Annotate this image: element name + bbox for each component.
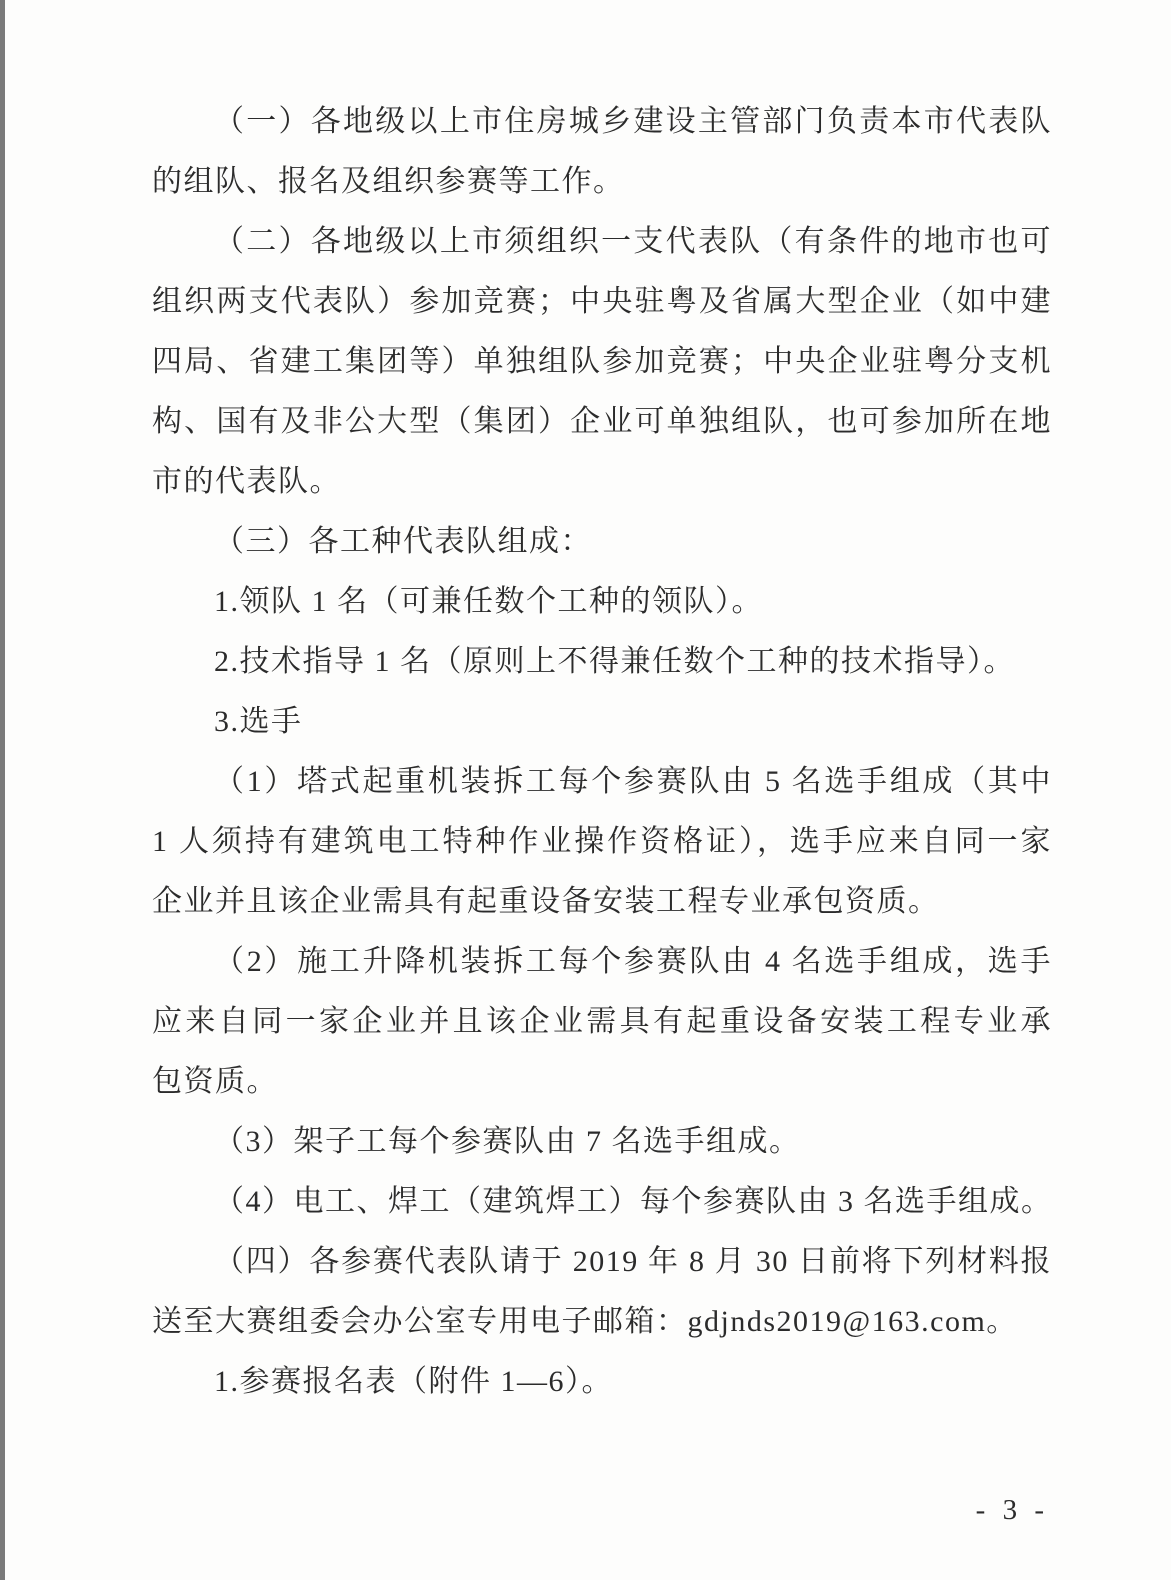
text-line: 四局、省建工集团等）单独组队参加竞赛；中央企业驻粤分支机	[152, 332, 1052, 392]
text-line: （3）架子工每个参赛队由 7 名选手组成。	[152, 1112, 1052, 1172]
text-line: 1.参赛报名表（附件 1—6）。	[152, 1352, 1052, 1412]
text-line: 2.技术指导 1 名（原则上不得兼任数个工种的技术指导）。	[152, 632, 1052, 692]
text-line: （2）施工升降机装拆工每个参赛队由 4 名选手组成，选手	[152, 932, 1052, 992]
text-line: 市的代表队。	[152, 452, 1052, 512]
text-line: （一）各地级以上市住房城乡建设主管部门负责本市代表队	[152, 92, 1052, 152]
document-body: （一）各地级以上市住房城乡建设主管部门负责本市代表队 的组队、报名及组织参赛等工…	[152, 92, 1052, 1412]
text-line: （三）各工种代表队组成：	[152, 512, 1052, 572]
text-line: 构、国有及非公大型（集团）企业可单独组队，也可参加所在地	[152, 392, 1052, 452]
text-line: 1 人须持有建筑电工特种作业操作资格证），选手应来自同一家	[152, 812, 1052, 872]
text-line: （1）塔式起重机装拆工每个参赛队由 5 名选手组成（其中	[152, 752, 1052, 812]
scanned-document-page: { "document": { "lines": [ { "text": "（一…	[0, 0, 1171, 1580]
text-line: 企业并且该企业需具有起重设备安装工程专业承包资质。	[152, 872, 1052, 932]
text-line: 1.领队 1 名（可兼任数个工种的领队）。	[152, 572, 1052, 632]
document-page: （一）各地级以上市住房城乡建设主管部门负责本市代表队 的组队、报名及组织参赛等工…	[0, 0, 1171, 1580]
text-line: （四）各参赛代表队请于 2019 年 8 月 30 日前将下列材料报	[152, 1232, 1052, 1292]
text-line: 3.选手	[152, 692, 1052, 752]
text-line: （4）电工、焊工（建筑焊工）每个参赛队由 3 名选手组成。	[152, 1172, 1052, 1232]
text-line: 的组队、报名及组织参赛等工作。	[152, 152, 1052, 212]
page-number: - 3 -	[976, 1490, 1049, 1530]
text-line: 包资质。	[152, 1052, 1052, 1112]
text-line: 组织两支代表队）参加竞赛；中央驻粤及省属大型企业（如中建	[152, 272, 1052, 332]
text-line: 应来自同一家企业并且该企业需具有起重设备安装工程专业承	[152, 992, 1052, 1052]
text-line: 送至大赛组委会办公室专用电子邮箱：gdjnds2019@163.com。	[152, 1292, 1052, 1352]
scan-edge-shadow	[0, 0, 5, 1580]
text-line: （二）各地级以上市须组织一支代表队（有条件的地市也可	[152, 212, 1052, 272]
